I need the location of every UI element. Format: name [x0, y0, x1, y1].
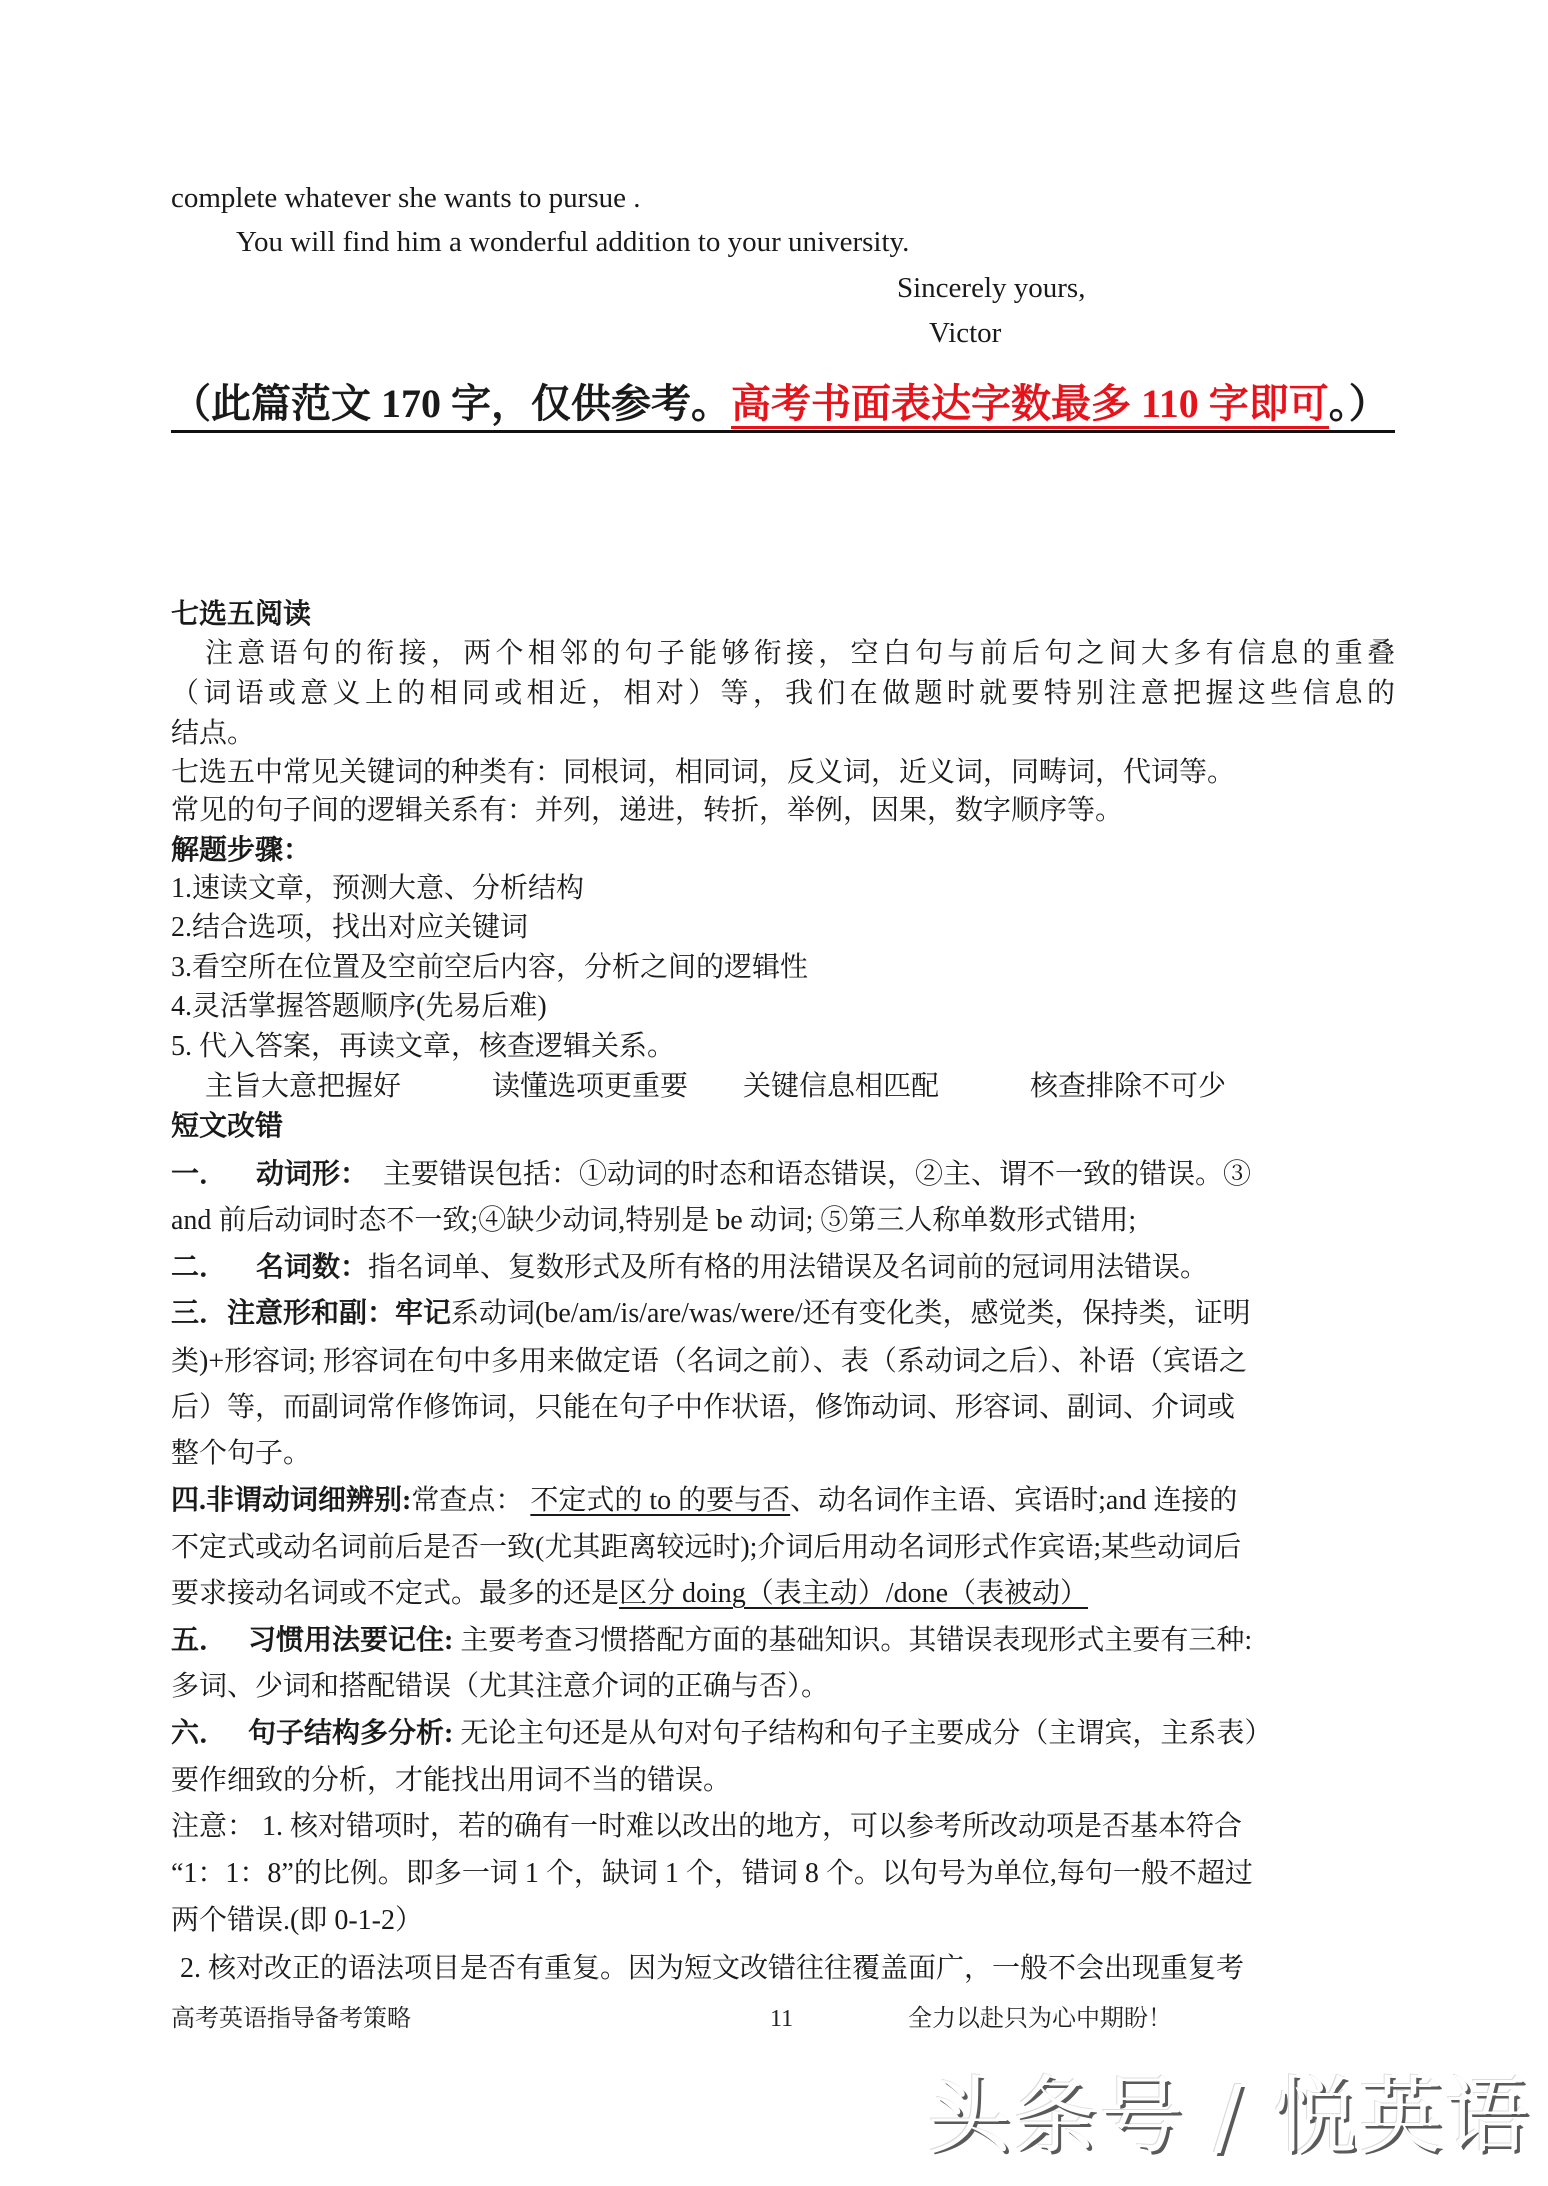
motto: 主旨大意把握好 [205, 1069, 401, 1105]
motto: 读懂选项更重要 [492, 1069, 688, 1105]
footer-right: 全力以赴只为心中期盼！ [908, 2004, 1172, 2034]
item-num: 五． [171, 1625, 227, 1656]
item-lead: 常查点： [411, 1485, 523, 1516]
item-text: 主要错误包括：①动词的时态和语态错误，②主、谓不一致的错误。③ [383, 1159, 1251, 1190]
underlined-infinitive: 不定式的 to 的要与否 [530, 1485, 790, 1516]
item-line: 类)+形容词; 形容词在句中多用来做定语（名词之前）、表（系动词之后）、补语（宾… [171, 1344, 1247, 1380]
item-line: 多词、少词和搭配错误（尤其注意介词的正确与否）。 [171, 1669, 829, 1705]
footer-left: 高考英语指导备考策略 [171, 2004, 411, 2034]
item-verb: 一． 动词形： 主要错误包括：①动词的时态和语态错误，②主、谓不一致的错误。③ [171, 1157, 1251, 1193]
item-head: 动词形： [256, 1159, 368, 1190]
para-line: 注意语句的衔接，两个相邻的句子能够衔接，空白句与前后句之间大多有信息的重叠 [205, 636, 1395, 672]
steps-title: 解题步骤： [171, 833, 311, 869]
note-red-text: 高考书面表达字数最多 110 字即可 [731, 381, 1329, 429]
step-item: 3.看空所在位置及空前空后内容，分析之间的逻辑性 [171, 950, 808, 986]
item-adj-adv: 三．注意形和副：牢记系动词(be/am/is/are/was/were/还有变化… [171, 1296, 1250, 1332]
item-text: 无论主句还是从句对句子结构和句子主要成分（主谓宾，主系表） [460, 1718, 1272, 1749]
item-num: 二． [171, 1252, 227, 1283]
item-head: 名词数： [256, 1252, 368, 1283]
step-item: 2.结合选项，找出对应关键词 [171, 910, 528, 946]
section-title-error-correction: 短文改错 [171, 1109, 283, 1145]
motto: 核查排除不可少 [1030, 1069, 1226, 1105]
item-line: 整个句子。 [171, 1436, 311, 1472]
page-number: 11 [770, 2004, 793, 2034]
item-num: 一． [171, 1159, 227, 1190]
letter-closing: Sincerely yours, [897, 270, 1085, 306]
logic-line: 常见的句子间的逻辑关系有：并列，递进，转折，举例，因果，数字顺序等。 [171, 793, 1123, 829]
para-line: （词语或意义上的相同或相近，相对）等，我们在做题时就要特别注意把握这些信息的 [171, 676, 1395, 712]
watermark: 头条号 / 悦英语 [927, 2068, 1531, 2164]
item-text: 指名词单、复数形式及所有格的用法错误及名词前的冠词用法错误。 [368, 1252, 1208, 1283]
item-line: 要求接动名词或不定式。最多的还是区分 doing（表主动）/done（表被动） [171, 1576, 1088, 1612]
keywords-line: 七选五中常见关键词的种类有：同根词，相同词，反义词，近义词，同畴词，代词等。 [171, 755, 1235, 791]
item-head: 习惯用法要记住: [248, 1625, 453, 1656]
item-num: 六． [171, 1718, 227, 1749]
item-idiom: 五． 习惯用法要记住: 主要考查习惯搭配方面的基础知识。其错误表现形式主要有三种… [171, 1623, 1252, 1659]
item-line: and 前后动词时态不一致;④缺少动词,特别是 be 动词; ⑤第三人称单数形式… [171, 1203, 1136, 1239]
note-line: 注意： 1. 核对错项时，若的确有一时难以改出的地方，可以参考所改动项是否基本符… [171, 1809, 1242, 1845]
item-noun: 二． 名词数：指名词单、复数形式及所有格的用法错误及名词前的冠词用法错误。 [171, 1250, 1208, 1286]
item-head: 句子结构多分析: [248, 1718, 453, 1749]
step-item: 1.速读文章，预测大意、分析结构 [171, 871, 584, 907]
item-line: 不定式或动名词前后是否一致(尤其距离较远时);介词后用动名词形式作宾语;某些动词… [171, 1530, 1241, 1566]
item-head: 注意形和副：牢记 [227, 1298, 451, 1329]
letter-line-1: complete whatever she wants to pursue . [171, 180, 641, 216]
section-title-seven-choose-five: 七选五阅读 [171, 597, 311, 633]
underlined-doing-done: 区分 doing（表主动）/done（表被动） [619, 1578, 1088, 1609]
item-line: 要作细致的分析，才能找出用词不当的错误。 [171, 1763, 731, 1799]
item-text: 要求接动名词或不定式。最多的还是 [171, 1578, 619, 1609]
para-line: 结点。 [171, 716, 255, 752]
note-line: 2. 核对改正的语法项目是否有重复。因为短文改错往往覆盖面广，一般不会出现重复考 [180, 1951, 1244, 1987]
item-text: 系动词(be/am/is/are/was/were/还有变化类，感觉类，保持类，… [451, 1298, 1250, 1329]
motto: 关键信息相匹配 [743, 1069, 939, 1105]
item-text: 、动名词作主语、宾语时;and 连接的 [790, 1485, 1237, 1516]
note-end-text: 。） [1329, 381, 1389, 426]
letter-line-2: You will find him a wonderful addition t… [236, 224, 909, 260]
item-num: 三． [171, 1298, 227, 1329]
item-nonfinite: 四.非谓动词细辨别:常查点： 不定式的 to 的要与否、动名词作主语、宾语时;a… [171, 1483, 1237, 1519]
item-text: 主要考查习惯搭配方面的基础知识。其错误表现形式主要有三种: [460, 1625, 1252, 1656]
letter-signature: Victor [929, 315, 1001, 351]
step-item: 5. 代入答案，再读文章，核查逻辑关系。 [171, 1029, 675, 1065]
word-count-note: （此篇范文 170 字，仅供参考。高考书面表达字数最多 110 字即可。） [171, 380, 1395, 433]
item-num: 四. [171, 1485, 206, 1516]
note-black-text: （此篇范文 170 字，仅供参考。 [171, 381, 731, 426]
item-head: 非谓动词细辨别: [206, 1485, 411, 1516]
note-line: “1：1：8”的比例。即多一词 1 个，缺词 1 个，错词 8 个。以句号为单位… [171, 1856, 1253, 1892]
item-line: 后）等，而副词常作修饰词，只能在句子中作状语，修饰动词、形容词、副词、介词或 [171, 1390, 1235, 1426]
item-structure: 六． 句子结构多分析: 无论主句还是从句对句子结构和句子主要成分（主谓宾，主系表… [171, 1716, 1272, 1752]
step-item: 4.灵活掌握答题顺序(先易后难) [171, 989, 547, 1025]
note-line: 两个错误.(即 0-1-2） [171, 1903, 423, 1939]
